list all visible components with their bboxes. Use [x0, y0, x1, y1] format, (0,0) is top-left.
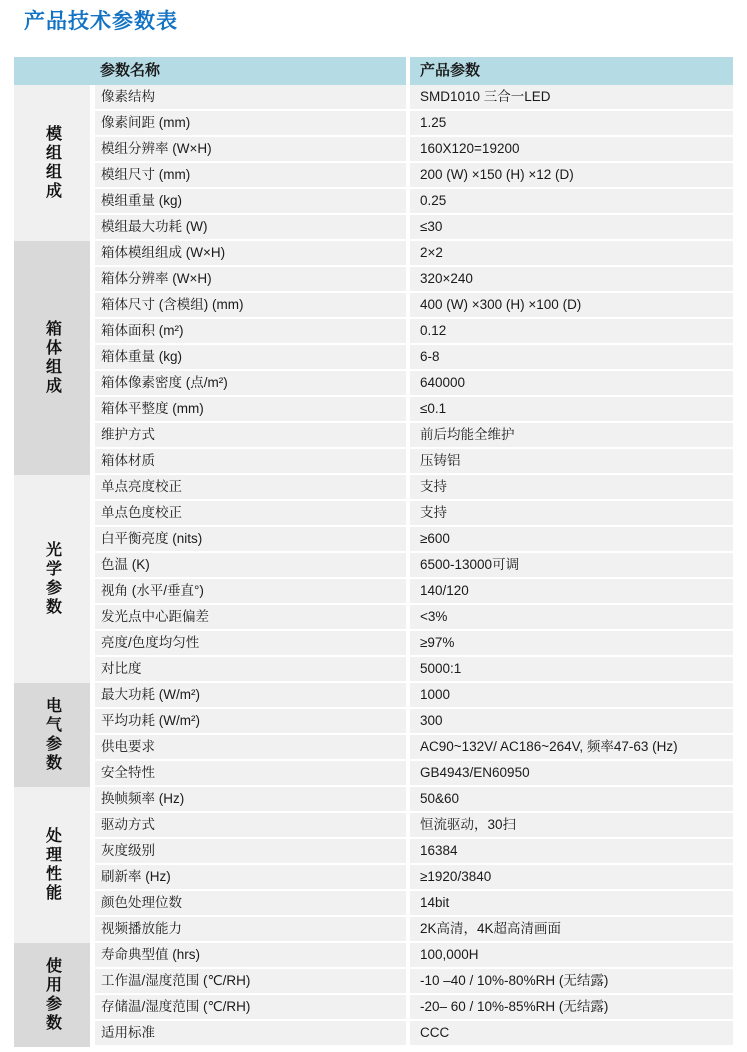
param-value-cell: 0.25	[410, 189, 733, 213]
param-value-cell: 0.12	[410, 319, 733, 343]
param-value-cell: ≤30	[410, 215, 733, 239]
param-value-cell: 640000	[410, 371, 733, 395]
param-name-cell: 安全特性	[95, 761, 406, 785]
param-value-cell: ≥97%	[410, 631, 733, 655]
table-row: 箱体重量 (kg)6-8	[95, 345, 733, 371]
param-name-cell: 色温 (K)	[95, 553, 406, 577]
param-value-cell: 2×2	[410, 241, 733, 265]
table-row: 箱体像素密度 (点/m²)640000	[95, 371, 733, 397]
table-row: 模组尺寸 (mm)200 (W) ×150 (H) ×12 (D)	[95, 163, 733, 189]
param-value-cell: 160X120=19200	[410, 137, 733, 161]
table-row: 寿命典型值 (hrs)100,000H	[95, 943, 733, 969]
param-name-cell: 维护方式	[95, 423, 406, 447]
param-name-cell: 供电要求	[95, 735, 406, 759]
param-name-cell: 对比度	[95, 657, 406, 681]
table-header: 参数名称 产品参数	[14, 57, 733, 85]
param-value-cell: ≥1920/3840	[410, 865, 733, 889]
param-name-cell: 像素结构	[95, 85, 406, 109]
param-value-cell: 100,000H	[410, 943, 733, 967]
table-row: 颜色处理位数14bit	[95, 891, 733, 917]
table-row: 白平衡亮度 (nits)≥600	[95, 527, 733, 553]
param-name-cell: 箱体像素密度 (点/m²)	[95, 371, 406, 395]
param-value-cell: 16384	[410, 839, 733, 863]
param-group: 模组组成像素结构SMD1010 三合一LED像素间距 (mm)1.25模组分辨率…	[14, 85, 733, 241]
param-group: 电气参数最大功耗 (W/m²)1000平均功耗 (W/m²)300供电要求AC9…	[14, 683, 733, 787]
param-group: 箱体组成箱体模组组成 (W×H)2×2箱体分辨率 (W×H)320×240箱体尺…	[14, 241, 733, 475]
table-row: 刷新率 (Hz)≥1920/3840	[95, 865, 733, 891]
group-rows: 最大功耗 (W/m²)1000平均功耗 (W/m²)300供电要求AC90~13…	[95, 683, 733, 787]
param-name-cell: 平均功耗 (W/m²)	[95, 709, 406, 733]
param-group: 使用参数寿命典型值 (hrs)100,000H工作温/湿度范围 (℃/RH)-1…	[14, 943, 733, 1047]
header-param-name: 参数名称	[14, 57, 406, 85]
table-row: 供电要求AC90~132V/ AC186~264V, 频率47-63 (Hz)	[95, 735, 733, 761]
category-label: 电气参数	[41, 697, 64, 773]
param-name-cell: 亮度/色度均匀性	[95, 631, 406, 655]
table-row: 适用标准CCC	[95, 1021, 733, 1047]
table-row: 箱体模组组成 (W×H)2×2	[95, 241, 733, 267]
param-value-cell: -20– 60 / 10%-85%RH (无结露)	[410, 995, 733, 1019]
category-cell: 处理性能	[14, 787, 90, 943]
param-name-cell: 视角 (水平/垂直°)	[95, 579, 406, 603]
param-value-cell: 50&60	[410, 787, 733, 811]
param-value-cell: ≤0.1	[410, 397, 733, 421]
param-value-cell: 6500-13000可调	[410, 553, 733, 577]
param-name-cell: 模组最大功耗 (W)	[95, 215, 406, 239]
table-row: 像素间距 (mm)1.25	[95, 111, 733, 137]
param-value-cell: 前后均能全维护	[410, 423, 733, 447]
table-body: 模组组成像素结构SMD1010 三合一LED像素间距 (mm)1.25模组分辨率…	[14, 85, 733, 1047]
table-row: 箱体尺寸 (含模组) (mm)400 (W) ×300 (H) ×100 (D)	[95, 293, 733, 319]
category-label: 使用参数	[41, 957, 64, 1033]
table-row: 安全特性GB4943/EN60950	[95, 761, 733, 787]
table-row: 箱体材质压铸铝	[95, 449, 733, 475]
param-name-cell: 存储温/湿度范围 (℃/RH)	[95, 995, 406, 1019]
group-rows: 寿命典型值 (hrs)100,000H工作温/湿度范围 (℃/RH)-10 –4…	[95, 943, 733, 1047]
category-cell: 光学参数	[14, 475, 90, 683]
param-value-cell: 5000:1	[410, 657, 733, 681]
param-name-cell: 适用标准	[95, 1021, 406, 1045]
param-group: 光学参数单点亮度校正支持单点色度校正支持白平衡亮度 (nits)≥600色温 (…	[14, 475, 733, 683]
param-name-cell: 模组重量 (kg)	[95, 189, 406, 213]
param-value-cell: 320×240	[410, 267, 733, 291]
category-cell: 箱体组成	[14, 241, 90, 475]
param-value-cell: 300	[410, 709, 733, 733]
param-name-cell: 灰度级别	[95, 839, 406, 863]
param-name-cell: 寿命典型值 (hrs)	[95, 943, 406, 967]
table-row: 灰度级别16384	[95, 839, 733, 865]
param-name-cell: 箱体材质	[95, 449, 406, 473]
table-row: 模组分辨率 (W×H)160X120=19200	[95, 137, 733, 163]
table-row: 视角 (水平/垂直°)140/120	[95, 579, 733, 605]
param-name-cell: 驱动方式	[95, 813, 406, 837]
table-row: 单点色度校正支持	[95, 501, 733, 527]
category-cell: 电气参数	[14, 683, 90, 787]
param-value-cell: ≥600	[410, 527, 733, 551]
param-name-cell: 视频播放能力	[95, 917, 406, 941]
table-row: 换帧频率 (Hz)50&60	[95, 787, 733, 813]
param-value-cell: AC90~132V/ AC186~264V, 频率47-63 (Hz)	[410, 735, 733, 759]
category-label: 箱体组成	[41, 320, 64, 396]
param-value-cell: 恒流驱动，30扫	[410, 813, 733, 837]
param-name-cell: 换帧频率 (Hz)	[95, 787, 406, 811]
category-label: 模组组成	[41, 125, 64, 201]
table-row: 模组最大功耗 (W)≤30	[95, 215, 733, 241]
param-name-cell: 工作温/湿度范围 (℃/RH)	[95, 969, 406, 993]
group-rows: 箱体模组组成 (W×H)2×2箱体分辨率 (W×H)320×240箱体尺寸 (含…	[95, 241, 733, 475]
param-name-cell: 箱体平整度 (mm)	[95, 397, 406, 421]
param-value-cell: 400 (W) ×300 (H) ×100 (D)	[410, 293, 733, 317]
param-name-cell: 箱体尺寸 (含模组) (mm)	[95, 293, 406, 317]
param-value-cell: 支持	[410, 475, 733, 499]
group-rows: 单点亮度校正支持单点色度校正支持白平衡亮度 (nits)≥600色温 (K)65…	[95, 475, 733, 683]
param-value-cell: -10 –40 / 10%-80%RH (无结露)	[410, 969, 733, 993]
param-name-cell: 箱体分辨率 (W×H)	[95, 267, 406, 291]
param-name-cell: 像素间距 (mm)	[95, 111, 406, 135]
param-value-cell: GB4943/EN60950	[410, 761, 733, 785]
table-row: 平均功耗 (W/m²)300	[95, 709, 733, 735]
table-row: 最大功耗 (W/m²)1000	[95, 683, 733, 709]
table-row: 箱体平整度 (mm)≤0.1	[95, 397, 733, 423]
param-value-cell: 200 (W) ×150 (H) ×12 (D)	[410, 163, 733, 187]
param-name-cell: 箱体模组组成 (W×H)	[95, 241, 406, 265]
param-group: 处理性能换帧频率 (Hz)50&60驱动方式恒流驱动，30扫灰度级别16384刷…	[14, 787, 733, 943]
table-row: 模组重量 (kg)0.25	[95, 189, 733, 215]
table-row: 箱体分辨率 (W×H)320×240	[95, 267, 733, 293]
param-name-cell: 单点色度校正	[95, 501, 406, 525]
table-row: 驱动方式恒流驱动，30扫	[95, 813, 733, 839]
param-name-cell: 箱体面积 (m²)	[95, 319, 406, 343]
param-name-cell: 发光点中心距偏差	[95, 605, 406, 629]
param-name-cell: 最大功耗 (W/m²)	[95, 683, 406, 707]
param-value-cell: 支持	[410, 501, 733, 525]
table-row: 工作温/湿度范围 (℃/RH)-10 –40 / 10%-80%RH (无结露)	[95, 969, 733, 995]
param-value-cell: 1.25	[410, 111, 733, 135]
table-row: 像素结构SMD1010 三合一LED	[95, 85, 733, 111]
page-title: 产品技术参数表	[24, 7, 747, 37]
param-name-cell: 颜色处理位数	[95, 891, 406, 915]
param-value-cell: CCC	[410, 1021, 733, 1045]
group-rows: 像素结构SMD1010 三合一LED像素间距 (mm)1.25模组分辨率 (W×…	[95, 85, 733, 241]
table-row: 色温 (K)6500-13000可调	[95, 553, 733, 579]
table-row: 发光点中心距偏差<3%	[95, 605, 733, 631]
table-row: 亮度/色度均匀性≥97%	[95, 631, 733, 657]
param-value-cell: <3%	[410, 605, 733, 629]
table-row: 维护方式前后均能全维护	[95, 423, 733, 449]
table-row: 箱体面积 (m²)0.12	[95, 319, 733, 345]
param-name-cell: 模组尺寸 (mm)	[95, 163, 406, 187]
param-name-cell: 箱体重量 (kg)	[95, 345, 406, 369]
param-name-cell: 单点亮度校正	[95, 475, 406, 499]
param-name-cell: 白平衡亮度 (nits)	[95, 527, 406, 551]
param-value-cell: 1000	[410, 683, 733, 707]
group-rows: 换帧频率 (Hz)50&60驱动方式恒流驱动，30扫灰度级别16384刷新率 (…	[95, 787, 733, 943]
category-label: 光学参数	[41, 541, 64, 617]
spec-table: 参数名称 产品参数 模组组成像素结构SMD1010 三合一LED像素间距 (mm…	[14, 57, 733, 1047]
param-value-cell: 140/120	[410, 579, 733, 603]
table-row: 对比度5000:1	[95, 657, 733, 683]
param-value-cell: SMD1010 三合一LED	[410, 85, 733, 109]
param-value-cell: 压铸铝	[410, 449, 733, 473]
category-cell: 使用参数	[14, 943, 90, 1047]
param-name-cell: 刷新率 (Hz)	[95, 865, 406, 889]
category-cell: 模组组成	[14, 85, 90, 241]
param-value-cell: 6-8	[410, 345, 733, 369]
table-row: 存储温/湿度范围 (℃/RH)-20– 60 / 10%-85%RH (无结露)	[95, 995, 733, 1021]
table-row: 视频播放能力2K高清，4K超高清画面	[95, 917, 733, 943]
param-name-cell: 模组分辨率 (W×H)	[95, 137, 406, 161]
param-value-cell: 14bit	[410, 891, 733, 915]
category-label: 处理性能	[41, 827, 64, 903]
header-product-param: 产品参数	[410, 57, 733, 85]
param-value-cell: 2K高清，4K超高清画面	[410, 917, 733, 941]
table-row: 单点亮度校正支持	[95, 475, 733, 501]
